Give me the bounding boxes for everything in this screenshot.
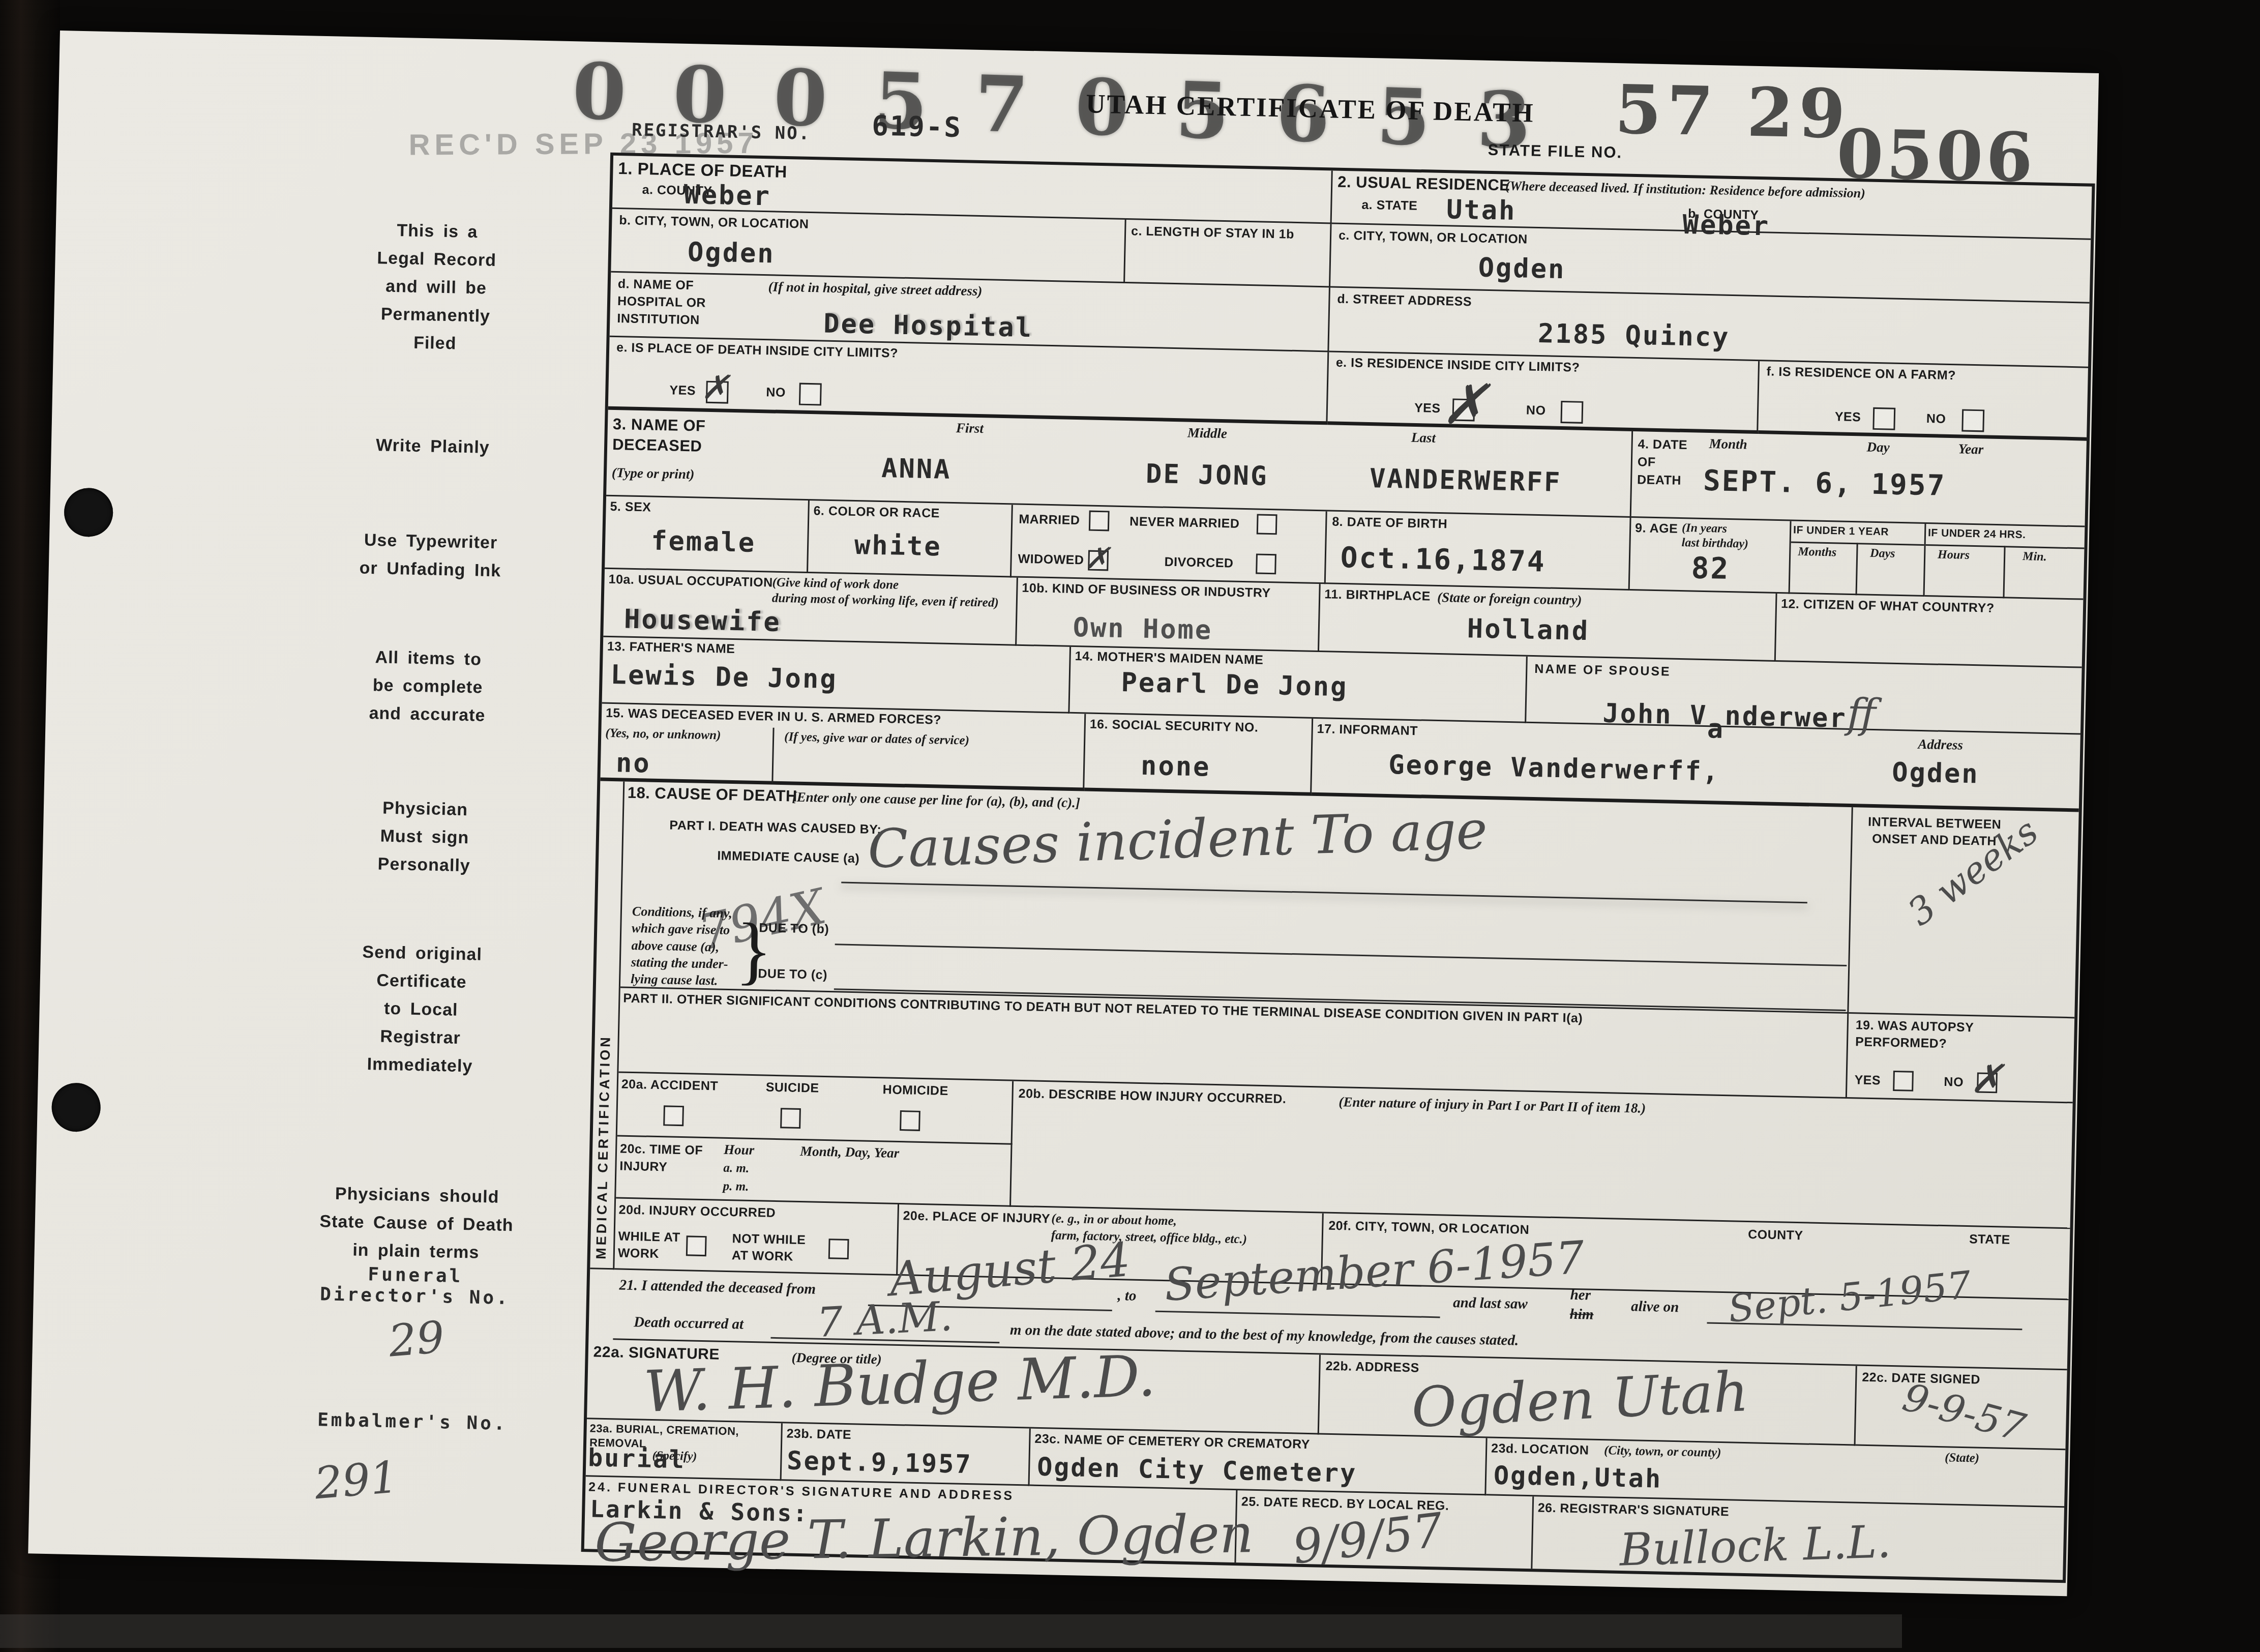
cemetery-label: 23c. NAME OF CEMETERY OR CREMATORY bbox=[1034, 1432, 1310, 1452]
burial-date-value: Sept.9,1957 bbox=[787, 1446, 972, 1480]
under24-hours-cell: Hours bbox=[1924, 544, 2005, 598]
farm-no-checkbox[interactable] bbox=[1961, 409, 1984, 432]
autopsy-label: 19. WAS AUTOPSY PERFORMED? bbox=[1855, 1017, 1974, 1052]
burial-location-label: 23d. LOCATION bbox=[1491, 1441, 1589, 1458]
punch-hole-bottom bbox=[51, 1082, 101, 1132]
occupation-label: 10a. USUAL OCCUPATION bbox=[608, 572, 773, 591]
her-word: her bbox=[1570, 1287, 1591, 1304]
race-value: white bbox=[854, 530, 942, 563]
attended-text-3: and last saw bbox=[1453, 1294, 1528, 1313]
under1-label: IF UNDER 1 YEAR bbox=[1793, 524, 1889, 539]
residence-limits-yes-checkbox[interactable]: ✗ bbox=[1452, 399, 1475, 422]
field-injury-occurred: 20d. INJURY OCCURRED WHILE AT WORK NOT W… bbox=[614, 1198, 899, 1276]
residence-city-label: c. CITY, TOWN, OR LOCATION bbox=[1339, 228, 1528, 247]
date-received-value: 9/9/57 bbox=[1290, 1502, 1446, 1574]
time-of-injury-label: 20c. TIME OF INJURY bbox=[619, 1141, 703, 1177]
immediate-cause-value: Causes incident To age bbox=[867, 799, 1489, 880]
signature-value: W. H. Budge M.D. bbox=[643, 1343, 1157, 1425]
residence-heading-note: (Where deceased lived. If institution: R… bbox=[1505, 179, 2085, 206]
hour-label: Hour bbox=[724, 1142, 755, 1158]
margin-note-plain-terms: Physicians should State Cause of Death i… bbox=[248, 1178, 585, 1269]
homicide-label: HOMICIDE bbox=[882, 1082, 948, 1099]
margin-note-physician-sign: Physician Must sign Personally bbox=[256, 791, 593, 882]
residence-limits-no-label: NO bbox=[1526, 403, 1546, 419]
father-value: Lewis De Jong bbox=[610, 660, 838, 695]
funeral-director-no-label: Funeral Director's No. bbox=[247, 1261, 584, 1310]
due-to-c-label: DUE TO (c) bbox=[758, 966, 827, 983]
field-residence-city-limits: e. IS RESIDENCE INSIDE CITY LIMITS? YES … bbox=[1327, 352, 1760, 434]
race-label: 6. COLOR OR RACE bbox=[813, 504, 940, 521]
margin-note-legal-record: This is a Legal Record and will be Perma… bbox=[267, 214, 606, 361]
farm-label: f. IS RESIDENCE ON A FARM? bbox=[1766, 364, 1956, 383]
field-cemetery: 23c. NAME OF CEMETERY OR CREMATORY Ogden… bbox=[1029, 1429, 1487, 1496]
under24-label: IF UNDER 24 HRS. bbox=[1928, 527, 2026, 541]
field-ssn: 16. SOCIAL SECURITY NO. none bbox=[1084, 714, 1313, 796]
injury-occurred-label: 20d. INJURY OCCURRED bbox=[618, 1203, 776, 1221]
field-registrar-signature: 26. REGISTRAR'S SIGNATURE Bullock L.L. bbox=[1532, 1496, 2064, 1580]
place-city-label: b. CITY, TOWN, OR LOCATION bbox=[619, 213, 809, 232]
field-marital-status: MARRIED NEVER MARRIED WIDOWED ✗ DIVORCED bbox=[1012, 505, 1327, 584]
occupation-value: Housewife bbox=[623, 604, 781, 637]
place-limits-no-checkbox[interactable] bbox=[799, 383, 822, 406]
suicide-checkbox[interactable] bbox=[780, 1108, 801, 1129]
farm-no-label: NO bbox=[1926, 411, 1946, 427]
due-to-b-label: DUE TO (b) bbox=[759, 921, 829, 937]
scan-bottom-band bbox=[0, 1614, 1902, 1648]
divorced-checkbox[interactable] bbox=[1256, 553, 1276, 574]
field-spouse-name: NAME OF SPOUSE John Vanderwerff bbox=[1526, 657, 2082, 735]
autopsy-no-checkbox[interactable]: ✗ bbox=[1977, 1072, 1998, 1093]
field-burial: 23a. BURIAL, CREMATION, REMOVAL (Specify… bbox=[586, 1419, 783, 1481]
field-date-signed: 22c. DATE SIGNED 9-9-57 bbox=[1856, 1366, 2067, 1451]
field-occupation: 10a. USUAL OCCUPATION (Give kind of work… bbox=[603, 569, 1018, 646]
residence-state-value: Utah bbox=[1446, 194, 1516, 226]
place-limits-yes-checkbox[interactable]: ✗ bbox=[706, 381, 729, 404]
field-accident-suicide-homicide: 20a. ACCIDENT SUICIDE HOMICIDE bbox=[617, 1073, 1014, 1144]
hours-label: Hours bbox=[1938, 548, 1970, 563]
certificate-form: 1. PLACE OF DEATH a. COUNTY Weber 2. USU… bbox=[581, 153, 2095, 1583]
min-label: Min. bbox=[2023, 550, 2047, 564]
dod-day-label: Day bbox=[1866, 439, 1890, 456]
death-occurred-text: Death occurred at bbox=[634, 1314, 744, 1333]
margin-note-write-plainly: Write Plainly bbox=[265, 429, 601, 464]
place-limits-no-label: NO bbox=[766, 385, 786, 400]
autopsy-yes-checkbox[interactable] bbox=[1893, 1071, 1914, 1091]
place-of-injury-label: 20e. PLACE OF INJURY bbox=[903, 1208, 1050, 1226]
registrar-signature-value: Bullock L.L. bbox=[1619, 1515, 1892, 1576]
conditions-note: Conditions, if any, which gave rise to a… bbox=[631, 903, 732, 989]
burial-value: burial bbox=[588, 1443, 686, 1474]
sex-label: 5. SEX bbox=[610, 499, 651, 515]
last-name-label: Last bbox=[1411, 430, 1436, 446]
pm-label: p. m. bbox=[723, 1179, 749, 1194]
x-mark: ✗ bbox=[1085, 543, 1110, 573]
margin-note-all-items: All items to be complete and accurate bbox=[259, 641, 596, 732]
x-mark: ✗ bbox=[1970, 1059, 2004, 1099]
month-day-year-label: Month, Day, Year bbox=[800, 1143, 900, 1161]
middle-name-value: DE JONG bbox=[1146, 459, 1268, 492]
x-mark: ✗ bbox=[701, 371, 730, 405]
burial-location-note: (City, town, or county) bbox=[1604, 1443, 1721, 1460]
attended-text-1: 21. I attended the deceased from bbox=[619, 1277, 816, 1298]
state-file-label: STATE FILE NO. bbox=[1488, 141, 1622, 162]
informant-address-label: Address bbox=[1918, 736, 1963, 753]
immediate-cause-label: IMMEDIATE CAUSE (a) bbox=[717, 848, 859, 866]
last-name-value: VANDERWERFF bbox=[1369, 463, 1562, 498]
length-of-stay-label: c. LENGTH OF STAY IN 1b bbox=[1131, 224, 1325, 243]
burial-location-value: Ogden,Utah bbox=[1494, 1461, 1662, 1494]
field-citizen: 12. CITIZEN OF WHAT COUNTRY? bbox=[1776, 594, 2084, 668]
field-business: 10b. KIND OF BUSINESS OR INDUSTRY Own Ho… bbox=[1017, 578, 1321, 652]
describe-injury-label: 20b. DESCRIBE HOW INJURY OCCURRED. bbox=[1018, 1086, 1286, 1107]
field-date-received: 25. DATE RECD. BY LOCAL REG. 9/9/57 bbox=[1236, 1490, 1534, 1569]
farm-yes-checkbox[interactable] bbox=[1872, 407, 1895, 430]
autopsy-no-label: NO bbox=[1944, 1075, 1964, 1090]
dod-value: SEPT. 6, 1957 bbox=[1703, 464, 1946, 503]
margin-note-use-typewriter: Use Typewriter or Unfading Ink bbox=[262, 524, 599, 587]
dob-value: Oct.16,1874 bbox=[1340, 541, 1546, 578]
birthplace-note: (State or foreign country) bbox=[1437, 589, 1582, 608]
field-age: 9. AGE (In years last birthday) 82 bbox=[1630, 518, 1792, 594]
certificate-paper: 0005705653 REC'D SEP 23 1957 REGISTRAR'S… bbox=[28, 31, 2099, 1596]
field-date-of-death: 4. DATE OF DEATH Month Day Year SEPT. 6,… bbox=[1631, 431, 2087, 527]
sex-value: female bbox=[651, 526, 756, 558]
registrar-signature-label: 26. REGISTRAR'S SIGNATURE bbox=[1537, 1500, 1729, 1519]
days-label: Days bbox=[1870, 547, 1895, 561]
funeral-director-no-value: 29 bbox=[386, 1312, 446, 1367]
place-heading: 1. PLACE OF DEATH bbox=[618, 159, 787, 182]
under1-months-cell: Months bbox=[1790, 542, 1858, 596]
injury-county-label: COUNTY bbox=[1748, 1227, 1803, 1243]
under24-min-cell: Min. bbox=[2004, 546, 2084, 600]
injury-state-label: STATE bbox=[1969, 1232, 2010, 1248]
field-father-name: 13. FATHER'S NAME Lewis De Jong bbox=[602, 637, 1072, 714]
residence-limits-yes-label: YES bbox=[1414, 401, 1441, 416]
hospital-note: (If not in hospital, give street address… bbox=[768, 279, 982, 299]
him-word-struck: him bbox=[1569, 1306, 1593, 1323]
street-address-value: 2185 Quincy bbox=[1538, 318, 1731, 353]
field-physician-signature: 22a. SIGNATURE (Degree or title) W. H. B… bbox=[587, 1339, 1321, 1434]
ssn-label: 16. SOCIAL SECURITY NO. bbox=[1090, 717, 1259, 735]
place-limits-yes-label: YES bbox=[669, 383, 696, 398]
deceased-heading-note: (Type or print) bbox=[612, 465, 695, 482]
attended-to-line bbox=[1155, 1311, 1440, 1318]
accident-label: 20a. ACCIDENT bbox=[621, 1077, 719, 1094]
place-city-value: Ogden bbox=[688, 237, 776, 270]
married-label: MARRIED bbox=[1019, 512, 1080, 528]
residence-heading: 2. USUAL RESIDENCE bbox=[1337, 173, 1510, 195]
field-burial-date: 23b. DATE Sept.9,1957 bbox=[782, 1423, 1031, 1486]
forces-value: no bbox=[615, 748, 651, 779]
field-if-under-24-hrs: IF UNDER 24 HRS. Hours Min. bbox=[1924, 524, 2085, 600]
informant-value: George Vanderwerff, bbox=[1388, 750, 1720, 787]
under1-days-cell: Days bbox=[1857, 543, 1924, 597]
deceased-heading: 3. NAME OF DECEASED bbox=[612, 414, 706, 457]
field-if-under-1-year: IF UNDER 1 YEAR Months Days bbox=[1790, 521, 1926, 597]
place-county-value: Weber bbox=[683, 180, 771, 212]
due-to-b-line bbox=[835, 943, 1847, 966]
cemetery-value: Ogden City Cemetery bbox=[1037, 1452, 1357, 1488]
dod-month-label: Month bbox=[1709, 436, 1747, 453]
hospital-label: d. NAME OF HOSPITAL OR INSTITUTION bbox=[617, 276, 706, 329]
spouse-label: NAME OF SPOUSE bbox=[1534, 662, 1671, 680]
field-date-of-birth: 8. DATE OF BIRTH Oct.16,1874 bbox=[1326, 511, 1631, 590]
state-file-stamp-left: 57 29 bbox=[1614, 70, 1851, 154]
field-mother-name: 14. MOTHER'S MAIDEN NAME Pearl De Jong bbox=[1069, 647, 1528, 723]
dob-label: 8. DATE OF BIRTH bbox=[1332, 515, 1448, 532]
occupation-note: (Give kind of work done during most of w… bbox=[772, 575, 1017, 612]
not-while-at-work-checkbox[interactable] bbox=[828, 1238, 849, 1259]
first-name-label: First bbox=[956, 420, 984, 436]
divorced-label: DIVORCED bbox=[1164, 555, 1234, 571]
field-interval: INTERVAL BETWEEN ONSET AND DEATH 3 weeks bbox=[1849, 807, 2078, 1018]
widowed-label: WIDOWED bbox=[1018, 552, 1084, 568]
birthplace-value: Holland bbox=[1467, 613, 1589, 646]
forces-note1: (Yes, no, or unknown) bbox=[605, 726, 721, 743]
place-limits-label: e. IS PLACE OF DEATH INSIDE CITY LIMITS? bbox=[616, 340, 898, 361]
injury-city-label: 20f. CITY, TOWN, OR LOCATION bbox=[1328, 1219, 1530, 1237]
residence-state-label: a. STATE bbox=[1361, 198, 1418, 214]
informant-address-value: Ogden bbox=[1892, 757, 1980, 790]
field-color-or-race: 6. COLOR OR RACE white bbox=[808, 500, 1013, 577]
x-mark: ✗ bbox=[1441, 376, 1489, 433]
business-label: 10b. KIND OF BUSINESS OR INDUSTRY bbox=[1022, 581, 1271, 601]
field-time-of-injury: 20c. TIME OF INJURY Hour a. m. p. m. Mon… bbox=[616, 1136, 1012, 1206]
attended-text-4: alive on bbox=[1631, 1298, 1679, 1316]
residence-limits-no-checkbox[interactable] bbox=[1560, 401, 1583, 424]
physician-address-label: 22b. ADDRESS bbox=[1325, 1359, 1419, 1376]
immediate-cause-line bbox=[841, 882, 1807, 904]
widowed-checkbox[interactable]: ✗ bbox=[1088, 550, 1109, 571]
medical-certification-label: MEDICAL CERTIFICATION bbox=[593, 802, 619, 1259]
burial-date-label: 23b. DATE bbox=[786, 1427, 851, 1443]
death-hour-value: 7 A.M. bbox=[816, 1292, 954, 1346]
attended-text-2: , to bbox=[1117, 1287, 1137, 1305]
informant-label: 17. INFORMANT bbox=[1317, 722, 1418, 739]
margin-note-send-original: Send original Certificate to Local Regis… bbox=[252, 936, 590, 1083]
embalmer-no-value: 291 bbox=[313, 1452, 400, 1509]
hospital-value: Dee Hospital bbox=[823, 309, 1033, 344]
autopsy-yes-label: YES bbox=[1854, 1073, 1881, 1088]
field-physician-address: 22b. ADDRESS Ogden Utah bbox=[1319, 1354, 1857, 1445]
field-cause-of-death: 18. CAUSE OF DEATH [Enter only one cause… bbox=[620, 782, 1853, 1014]
age-note: (In years last birthday) bbox=[1681, 521, 1749, 551]
while-at-work-checkbox[interactable] bbox=[686, 1235, 707, 1256]
age-value: 82 bbox=[1691, 550, 1730, 586]
never-married-checkbox[interactable] bbox=[1257, 514, 1277, 535]
while-at-work-label: WHILE AT WORK bbox=[618, 1228, 680, 1263]
am-label: a. m. bbox=[723, 1161, 749, 1176]
physician-address-value: Ogden Utah bbox=[1410, 1360, 1750, 1440]
field-birthplace: 11. BIRTHPLACE (State or foreign country… bbox=[1319, 584, 1777, 662]
scanned-death-certificate: 0005705653 REC'D SEP 23 1957 REGISTRAR'S… bbox=[0, 0, 2260, 1652]
registrar-no-label: REGISTRAR'S NO. bbox=[632, 120, 811, 144]
forces-note2: (If yes, give war or dates of service) bbox=[784, 730, 969, 748]
punch-hole-top bbox=[64, 487, 113, 537]
months-label: Months bbox=[1798, 545, 1837, 560]
mother-value: Pearl De Jong bbox=[1121, 667, 1348, 702]
never-married-label: NEVER MARRIED bbox=[1129, 514, 1240, 532]
suicide-label: SUICIDE bbox=[765, 1080, 819, 1096]
field-autopsy: 19. WAS AUTOPSY PERFORMED? YES NO ✗ bbox=[1847, 1014, 2074, 1103]
dod-label: 4. DATE OF DEATH bbox=[1637, 435, 1688, 490]
cause-heading: 18. CAUSE OF DEATH bbox=[627, 784, 797, 806]
farm-yes-label: YES bbox=[1835, 409, 1861, 425]
residence-city-value: Ogden bbox=[1478, 253, 1566, 285]
ssn-value: none bbox=[1141, 751, 1211, 783]
registrar-no-value: 619-S bbox=[872, 109, 963, 143]
dod-year-label: Year bbox=[1958, 441, 1983, 457]
field-funeral-director: 24. FUNERAL DIRECTOR'S SIGNATURE AND ADD… bbox=[584, 1477, 1238, 1562]
forces-divider bbox=[771, 728, 774, 783]
describe-injury-note: (Enter nature of injury in Part I or Par… bbox=[1339, 1094, 1646, 1116]
funeral-director-signature: George T. Larkin, Ogden bbox=[594, 1502, 1254, 1574]
accident-checkbox[interactable] bbox=[663, 1105, 684, 1126]
father-label: 13. FATHER'S NAME bbox=[607, 639, 735, 657]
field-sex: 5. SEX female bbox=[605, 496, 810, 573]
first-name-value: ANNA bbox=[881, 453, 951, 485]
birthplace-label: 11. BIRTHPLACE bbox=[1324, 587, 1431, 604]
middle-name-label: Middle bbox=[1187, 425, 1228, 442]
field-residence-farm: f. IS RESIDENCE ON A FARM? YES NO bbox=[1758, 361, 2088, 440]
field-place-city: b. CITY, TOWN, OR LOCATION Ogden bbox=[611, 209, 1126, 283]
cause-part1-label: PART I. DEATH WAS CAUSED BY: bbox=[669, 818, 881, 837]
field-describe-injury: 20b. DESCRIBE HOW INJURY OCCURRED. (Ente… bbox=[1011, 1081, 2073, 1229]
embalmer-no-label: Embalmer's No. bbox=[245, 1408, 581, 1436]
married-checkbox[interactable] bbox=[1089, 511, 1110, 532]
business-value: Own Home bbox=[1073, 612, 1213, 646]
field-armed-forces: 15. WAS DECEASED EVER IN U. S. ARMED FOR… bbox=[600, 704, 1086, 791]
field-length-of-stay: c. LENGTH OF STAY IN 1b bbox=[1125, 220, 1332, 287]
homicide-checkbox[interactable] bbox=[900, 1110, 920, 1131]
age-label: 9. AGE bbox=[1635, 521, 1678, 537]
citizen-label: 12. CITIZEN OF WHAT COUNTRY? bbox=[1781, 597, 2066, 617]
not-while-at-work-label: NOT WHILE AT WORK bbox=[732, 1230, 806, 1265]
cause-heading-note: [Enter only one cause per line for (a), … bbox=[792, 789, 1080, 811]
mother-label: 14. MOTHER'S MAIDEN NAME bbox=[1075, 649, 1263, 668]
burial-state-note: (State) bbox=[1945, 1451, 1980, 1465]
street-address-label: d. STREET ADDRESS bbox=[1337, 292, 1472, 310]
